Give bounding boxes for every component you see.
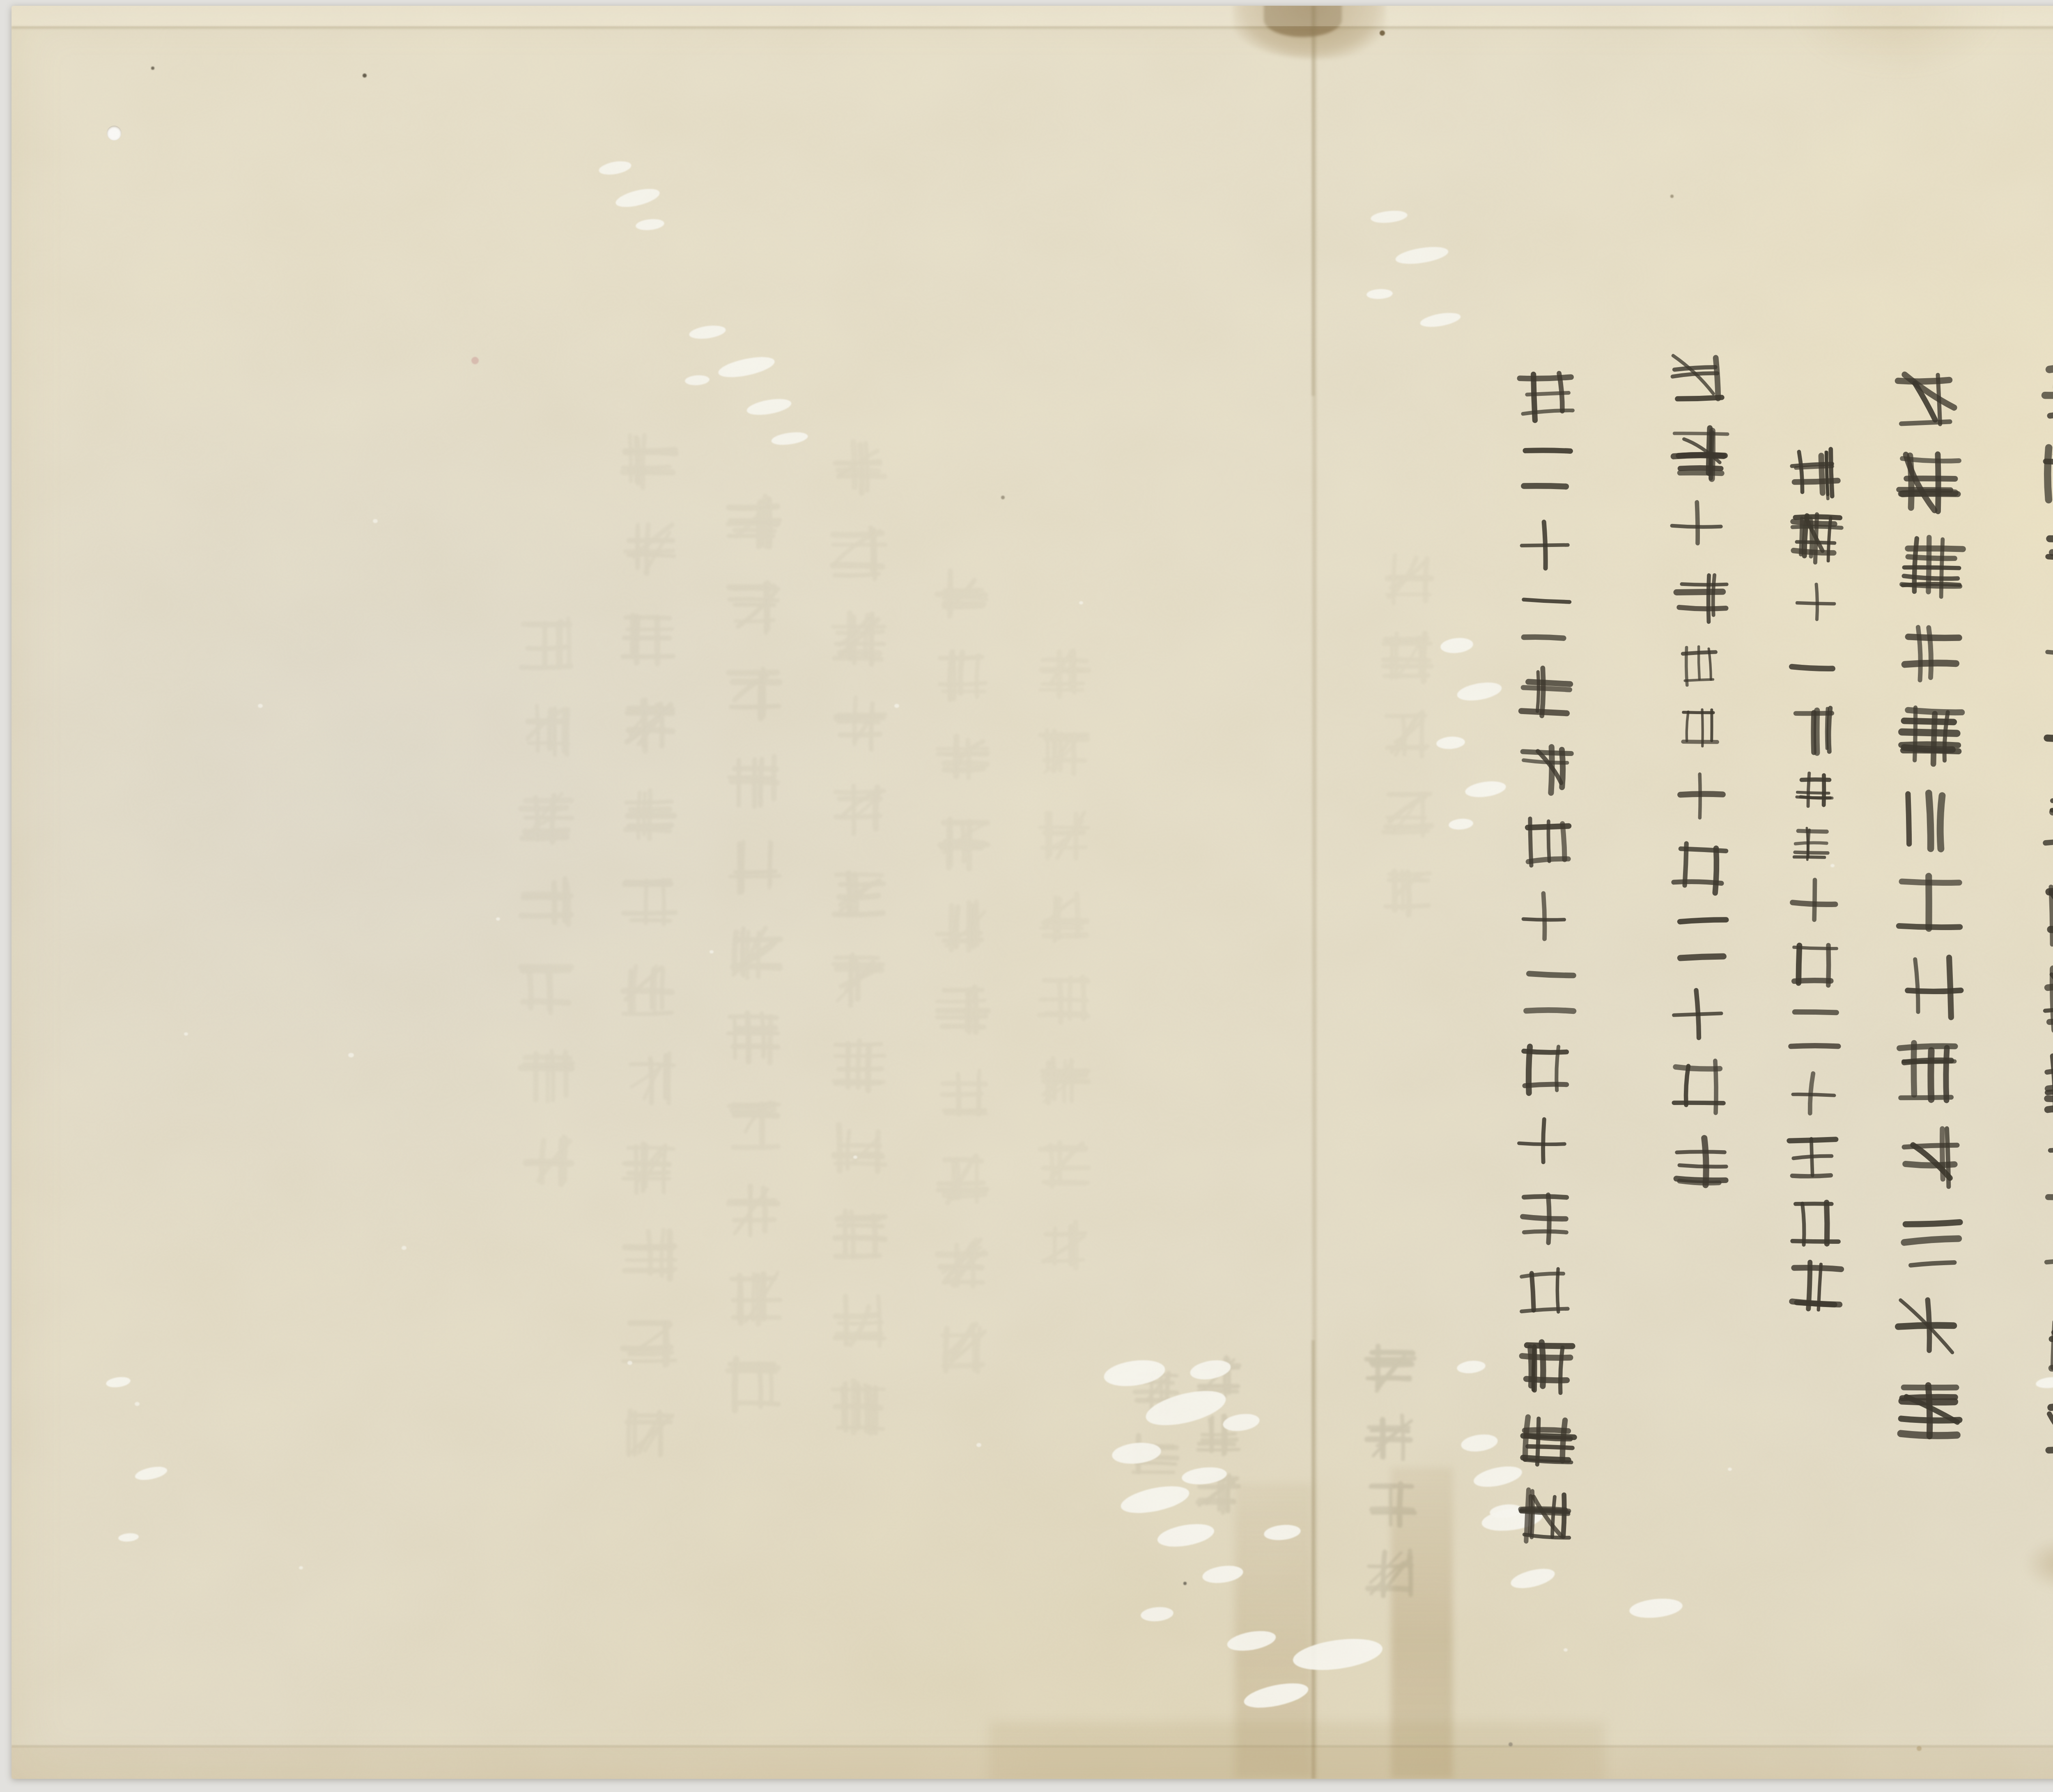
manuscript-page: 常康垣花仁也 童名屋眞 父常基十一代仲宗根仁也常介 母浦渡氏塩川仁也常光三女染 … <box>11 6 2053 1779</box>
scan-canvas: 常康垣花仁也 童名屋眞 父常基十一代仲宗根仁也常介 母浦渡氏塩川仁也常光三女染 … <box>0 0 2053 1792</box>
paper-grain-texture <box>11 6 2053 1779</box>
